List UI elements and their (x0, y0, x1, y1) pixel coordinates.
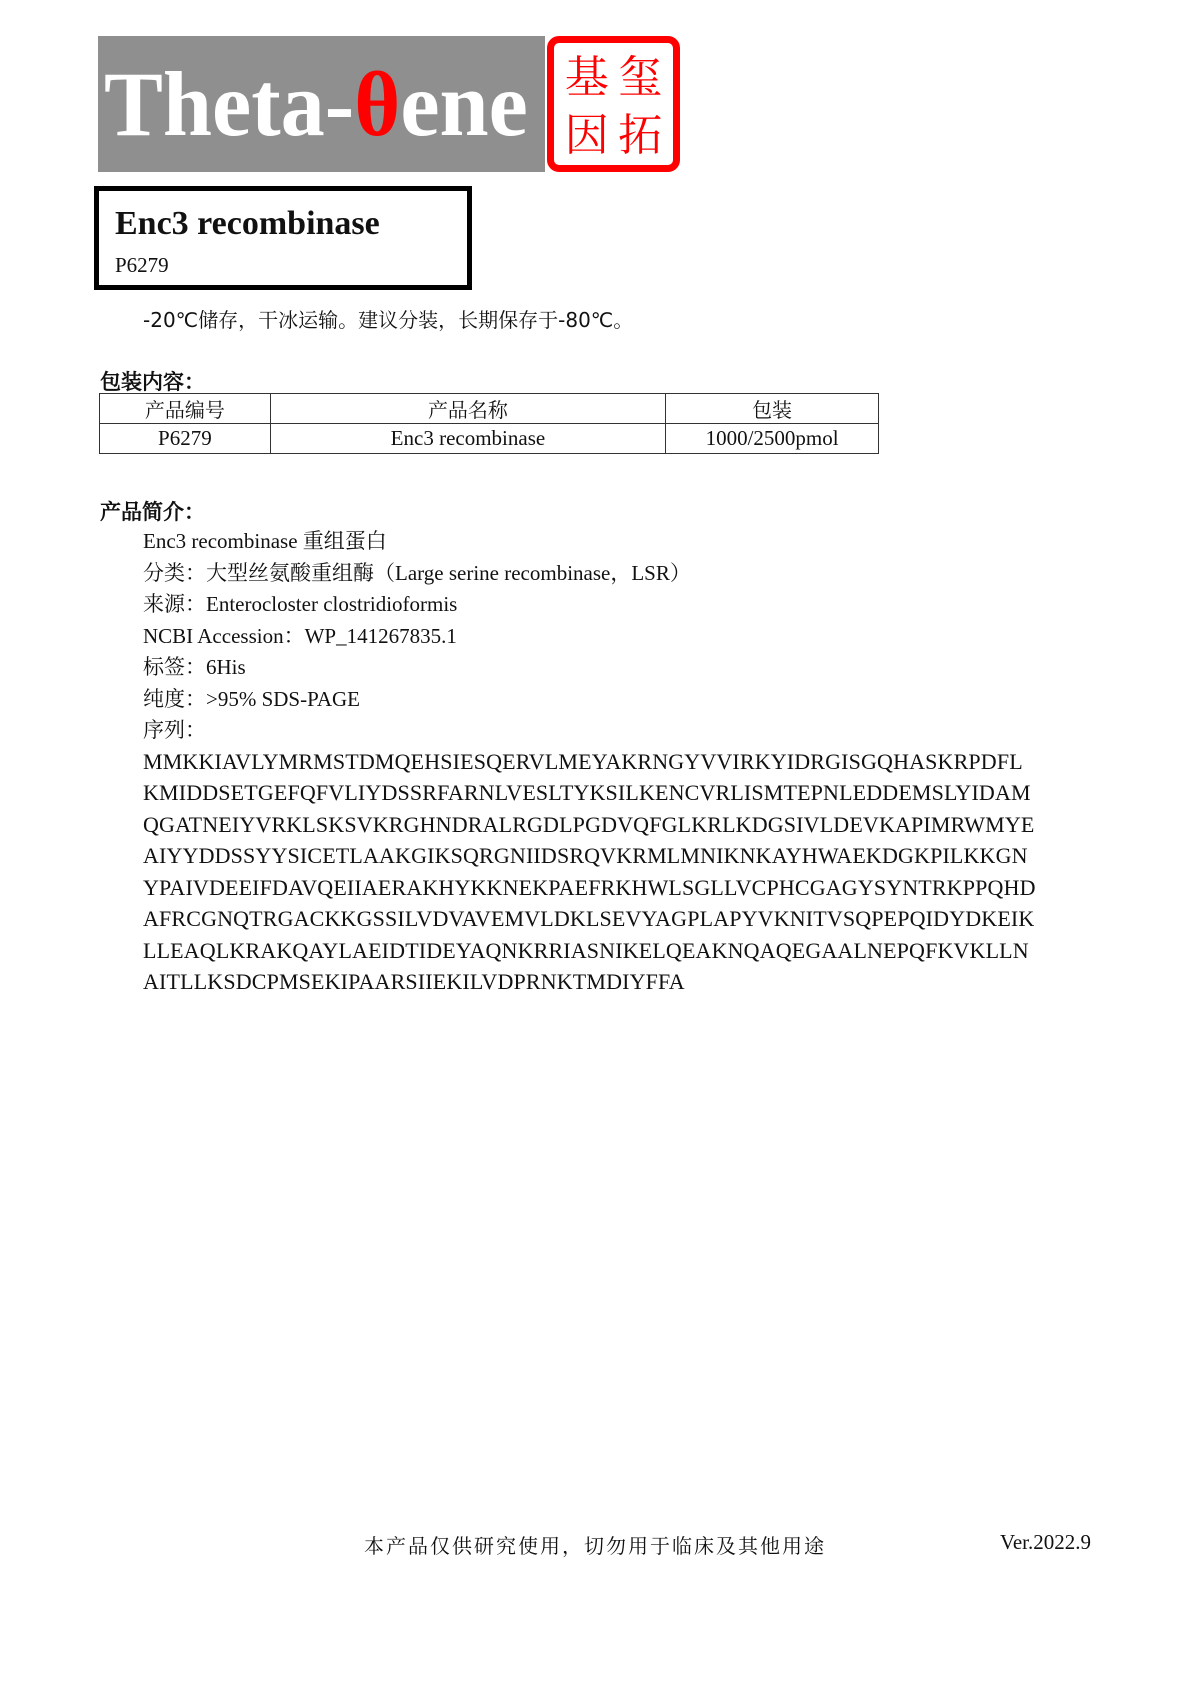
stamp-char: 因 (560, 107, 614, 165)
logo-banner: Theta-θene (98, 36, 545, 172)
column-header: 产品名称 (270, 394, 665, 424)
column-header: 产品编号 (100, 394, 271, 424)
theta-icon: θ (354, 53, 400, 155)
intro-heading: 产品简介： (100, 496, 205, 526)
stamp-char: 玺 (614, 49, 668, 107)
sequence-line: AIYYDDSSYYSICETLAAKGIKSQRGNIIDSRQVKRMLMN… (143, 842, 1028, 870)
footer-version: Ver.2022.9 (1000, 1530, 1091, 1555)
sequence-line: MMKKIAVLYMRMSTDMQEHSIESQERVLMEYAKRNGYVVI… (143, 748, 1023, 776)
table-header-row: 产品编号 产品名称 包装 (100, 394, 879, 424)
logo-suffix: ene (400, 53, 528, 155)
stamp-char: 基 (560, 49, 614, 107)
table-cell: Enc3 recombinase (270, 424, 665, 454)
product-title-box: Enc3 recombinase P6279 (94, 186, 472, 290)
seal-stamp-logo: 基 玺 因 拓 (547, 36, 680, 172)
footer-disclaimer: 本产品仅供研究使用，切勿用于临床及其他用途 (364, 1530, 826, 1559)
table-cell: P6279 (100, 424, 271, 454)
intro-line: NCBI Accession：WP_141267835.1 (143, 622, 457, 650)
product-name: Enc3 recombinase (115, 205, 380, 243)
intro-line: 分类：大型丝氨酸重组酶（Large serine recombinase，LSR… (143, 559, 691, 587)
sequence-line: LLEAQLKRAKQAYLAEIDTIDEYAQNKRRIASNIKELQEA… (143, 937, 1029, 965)
table-row: P6279 Enc3 recombinase 1000/2500pmol (100, 424, 879, 454)
sequence-line: AFRCGNQTRGACKKGSSILVDVAVEMVLDKLSEVYAGPLA… (143, 905, 1034, 933)
logo-wordmark: Theta-θene (104, 40, 528, 168)
table-cell: 1000/2500pmol (666, 424, 879, 454)
intro-line: 来源：Enterocloster clostridioformis (143, 590, 457, 618)
sequence-line: YPAIVDEEIFDAVQEIIAERAKHYKKNEKPAEFRKHWLSG… (143, 874, 1036, 902)
stamp-char: 拓 (614, 107, 668, 165)
intro-line: Enc3 recombinase 重组蛋白 (143, 527, 387, 555)
product-code: P6279 (115, 253, 169, 278)
logo-prefix: Theta- (104, 53, 354, 155)
sequence-line: KMIDDSETGEFQFVLIYDSSRFARNLVESLTYKSILKENC… (143, 779, 1031, 807)
intro-line: 序列： (143, 716, 206, 744)
package-heading: 包装内容： (100, 366, 205, 396)
column-header: 包装 (666, 394, 879, 424)
storage-note: -20℃储存，干冰运输。建议分装，长期保存于-80℃。 (143, 306, 633, 334)
sequence-line: QGATNEIYVRKLSKSVKRGHNDRALRGDLPGDVQFGLKRL… (143, 811, 1034, 839)
package-table: 产品编号 产品名称 包装 P6279 Enc3 recombinase 1000… (99, 393, 879, 454)
sequence-line: AITLLKSDCPMSEKIPAARSIIEKILVDPRNKTMDIYFFA (143, 968, 685, 996)
intro-line: 纯度：>95% SDS-PAGE (143, 685, 360, 713)
intro-line: 标签：6His (143, 653, 246, 681)
